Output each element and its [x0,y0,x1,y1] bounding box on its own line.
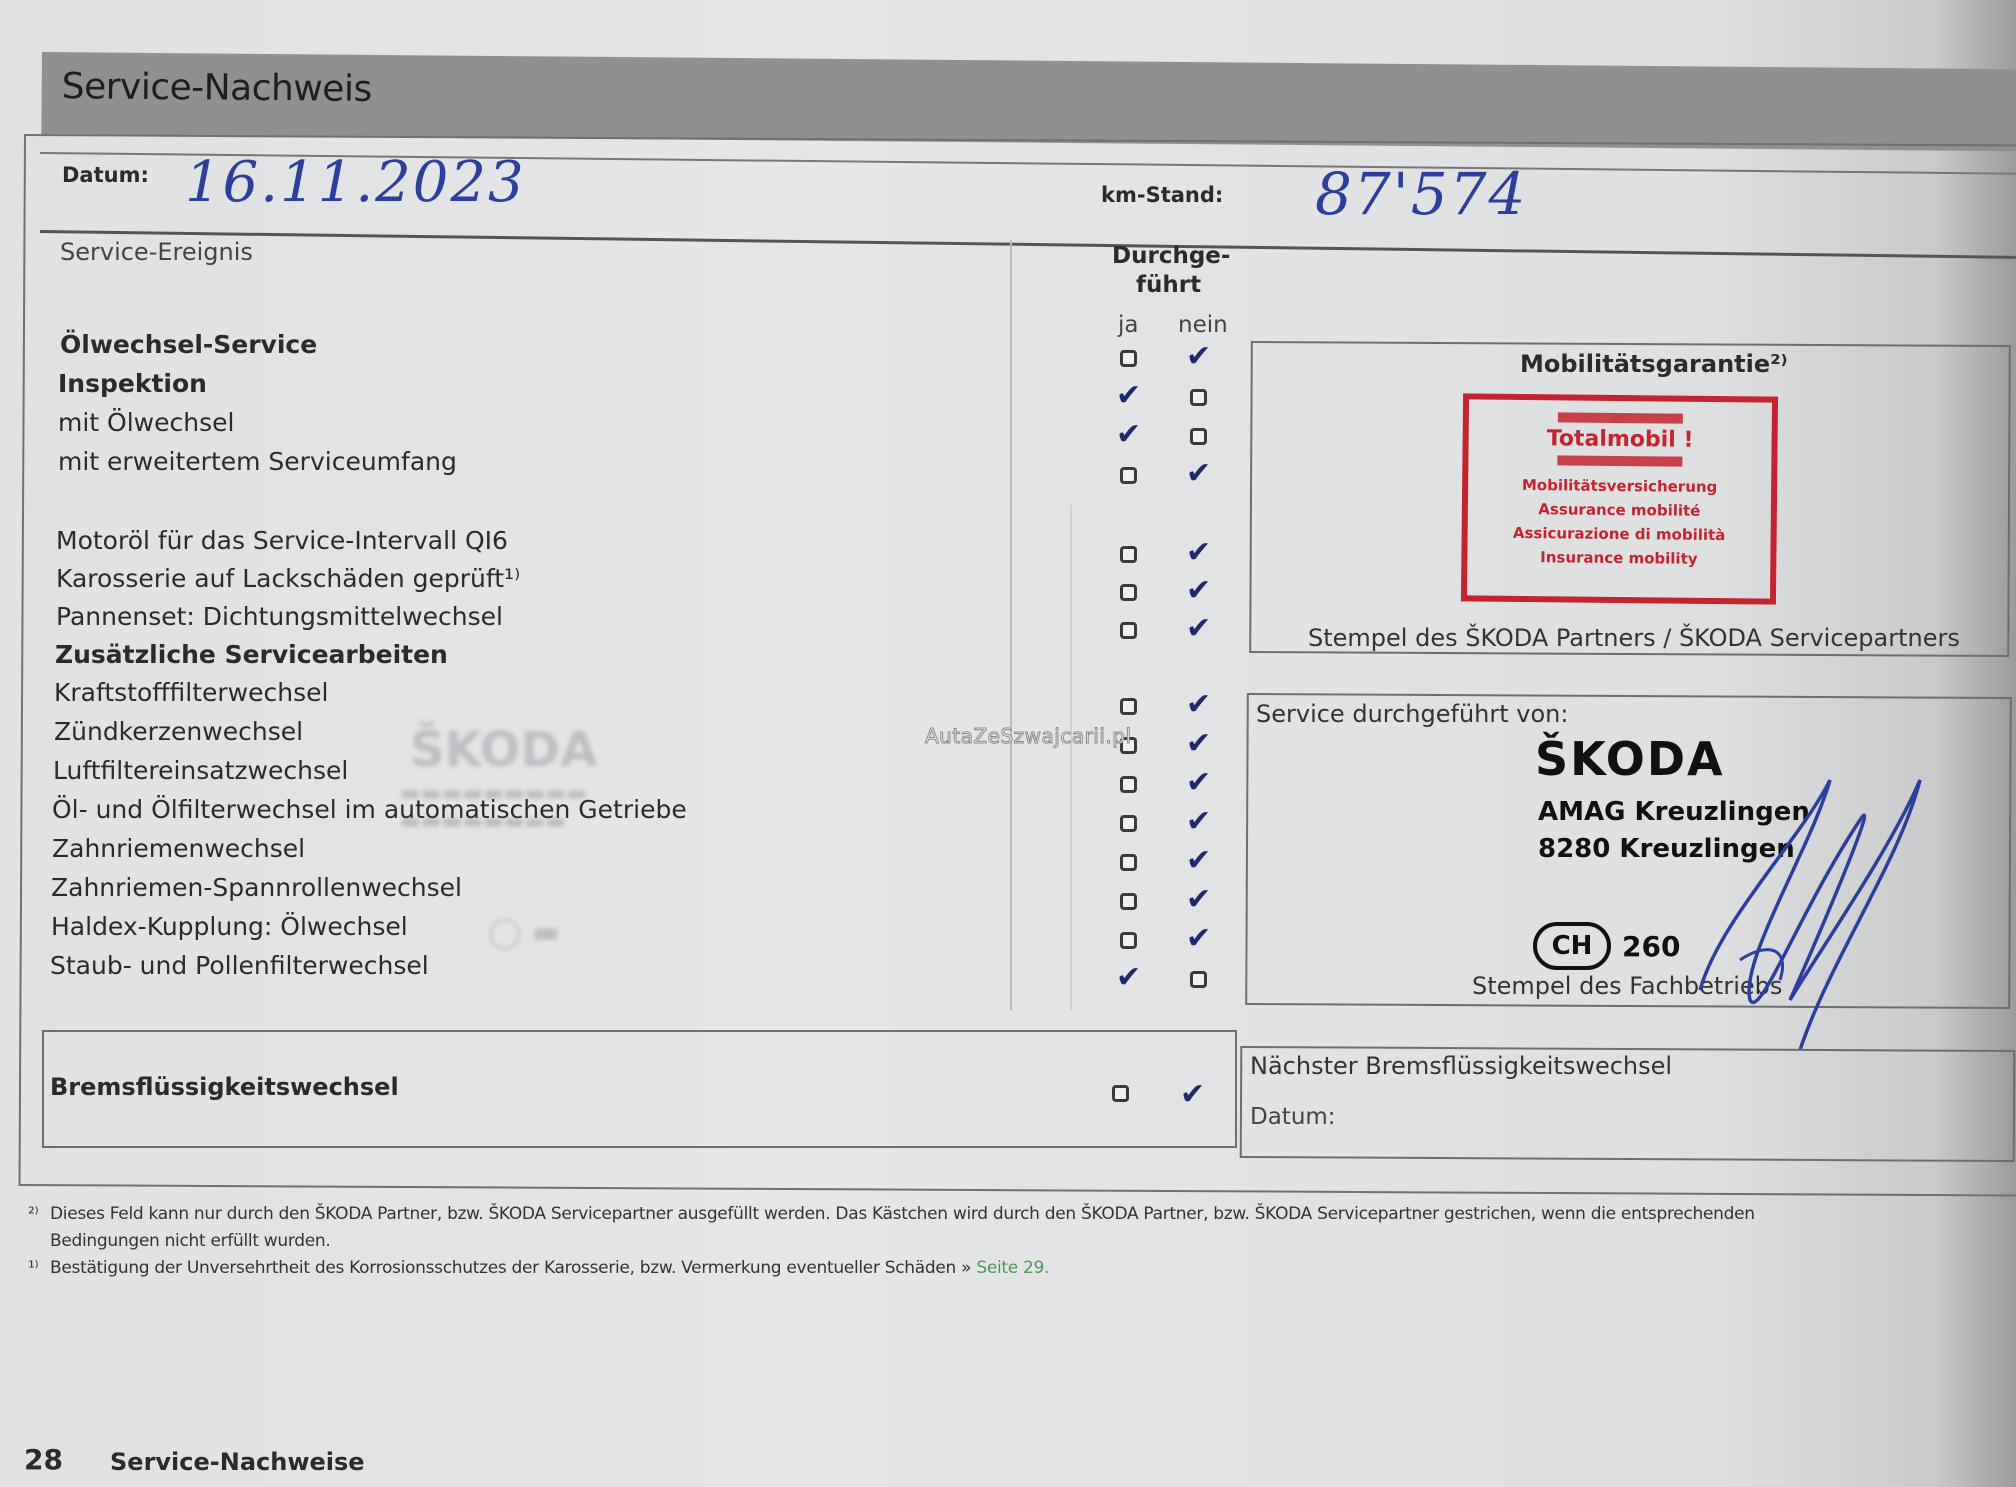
checkbox-ja[interactable] [1120,546,1137,563]
checkbox-ja[interactable] [1120,932,1137,949]
footnote-marker: ¹⁾ [28,1258,38,1278]
date-value: 16.11.2023 [185,150,526,215]
faded-stamp: ŠKODA [410,722,597,778]
footnote-1-cont: Bedingungen nicht erfüllt wurden. [50,1231,331,1251]
mobility-caption: Stempel des ŠKODA Partners / ŠKODA Servi… [1308,624,1960,652]
checkmark-nein[interactable]: ✔ [1186,342,1211,372]
checkmark-ja[interactable]: ✔ [1116,420,1141,450]
service-item-label: Zündkerzenwechsel [54,717,303,746]
checkmark-nein[interactable]: ✔ [1186,768,1211,798]
stamp-line: Mobilitätsversicherung [1468,472,1771,499]
next-brake-fluid-date-label: Datum: [1250,1104,1336,1130]
service-item-label: Kraftstofffilterwechsel [54,678,328,707]
service-item-label: Motoröl für das Service-Intervall QI6 [56,526,508,555]
checkbox-nein[interactable] [1190,428,1207,445]
checkmark-nein[interactable]: ✔ [1186,614,1211,644]
checkbox-ja[interactable] [1120,854,1137,871]
performed-header-2: führt [1136,272,1201,298]
stamp-title: Totalmobil ! [1469,425,1772,453]
service-item-label: mit erweitertem Serviceumfang [58,447,457,476]
km-value: 87'574 [1315,160,1527,228]
checkbox-ja[interactable] [1120,815,1137,832]
checkmark-nein[interactable]: ✔ [1186,690,1211,720]
checkbox-ja[interactable] [1120,776,1137,793]
stamp-bar [1557,455,1682,466]
no-header: nein [1178,312,1228,338]
checkmark-nein[interactable]: ✔ [1186,924,1211,954]
service-item-label: Haldex-Kupplung: Ölwechsel [51,912,408,941]
checkmark-nein[interactable]: ✔ [1186,885,1211,915]
brake-fluid-yes-checkbox[interactable] [1112,1085,1129,1102]
faded-stamp: ◯ ▬ [488,915,560,950]
service-item-label: mit Ölwechsel [58,408,234,437]
event-header: Service-Ereignis [60,238,253,266]
footnote-1: Dieses Feld kann nur durch den ŠKODA Par… [50,1204,1755,1224]
country-badge: CH [1533,922,1611,970]
km-label: km-Stand: [1101,183,1223,207]
service-item-label: Staub- und Pollenfilterwechsel [50,951,429,980]
service-item-label: Ölwechsel-Service [60,330,317,359]
column-divider [1010,240,1012,1010]
checkbox-ja[interactable] [1120,467,1137,484]
service-item-label: Karosserie auf Lackschäden geprüft¹⁾ [56,564,520,593]
service-item-label: Luftfiltereinsatzwechsel [53,756,348,785]
checkmark-nein[interactable]: ✔ [1186,846,1211,876]
service-item-label: Inspektion [58,369,207,398]
brake-fluid-label: Bremsflüssigkeitswechsel [50,1073,399,1101]
service-item-label: Zahnriemenwechsel [52,834,305,863]
brake-fluid-no-checkmark[interactable]: ✔ [1180,1080,1205,1110]
next-brake-fluid-label: Nächster Bremsflüssigkeitswechsel [1250,1052,1672,1080]
signature [1680,760,1940,1050]
checkbox-ja[interactable] [1120,350,1137,367]
checkbox-nein[interactable] [1190,389,1207,406]
checkmark-nein[interactable]: ✔ [1186,729,1211,759]
yes-header: ja [1118,312,1138,338]
checkbox-ja[interactable] [1120,584,1137,601]
performed-by-title: Service durchgeführt von: [1256,700,1568,728]
checkmark-nein[interactable]: ✔ [1186,807,1211,837]
footnote-2-text: Bestätigung der Unversehrtheit des Korro… [50,1258,971,1278]
checkbox-ja[interactable] [1120,893,1137,910]
stamp-bar [1558,412,1683,423]
watermark: AutaZeSzwajcarii.pl [925,724,1132,748]
service-item-label: Pannenset: Dichtungsmittelwechsel [56,602,503,631]
checkbox-ja[interactable] [1120,698,1137,715]
dealer-number: 260 [1622,930,1680,963]
stamp-line: Assicurazione di mobilità [1468,520,1771,547]
section-name: Service-Nachweise [110,1448,365,1476]
checkmark-nein[interactable]: ✔ [1186,576,1211,606]
page-link[interactable]: Seite 29. [976,1258,1049,1278]
stamp-line: Assurance mobilité [1468,496,1771,523]
mobility-stamp: Totalmobil ! Mobilitätsversicherung Assu… [1461,393,1778,604]
service-item-label: Öl- und Ölfilterwechsel im automatischen… [52,795,687,824]
checkbox-nein[interactable] [1190,971,1207,988]
footnote-2: Bestätigung der Unversehrtheit des Korro… [50,1258,1049,1278]
service-item-label: Zusätzliche Servicearbeiten [55,640,448,669]
page-number: 28 [24,1443,63,1476]
service-record-page: Service-Nachweis Datum: 16.11.2023 km-St… [0,0,2016,1487]
checkmark-ja[interactable]: ✔ [1116,963,1141,993]
checkmark-nein[interactable]: ✔ [1186,459,1211,489]
checkbox-ja[interactable] [1120,622,1137,639]
stamp-line: Insurance mobility [1467,544,1770,571]
footnote-marker: ²⁾ [28,1204,38,1224]
mobility-title: Mobilitätsgarantie²⁾ [1520,350,1788,378]
checkmark-nein[interactable]: ✔ [1186,538,1211,568]
checkmark-ja[interactable]: ✔ [1116,381,1141,411]
column-divider [1070,505,1072,1010]
service-item-label: Zahnriemen-Spannrollenwechsel [51,873,462,902]
performed-header-1: Durchge- [1112,243,1230,269]
page-title: Service-Nachweis [62,66,372,110]
faded-stamp: ▬▬▬▬▬▬▬▬▬▬▬▬▬▬▬▬▬ [400,780,587,836]
date-label: Datum: [62,163,149,187]
